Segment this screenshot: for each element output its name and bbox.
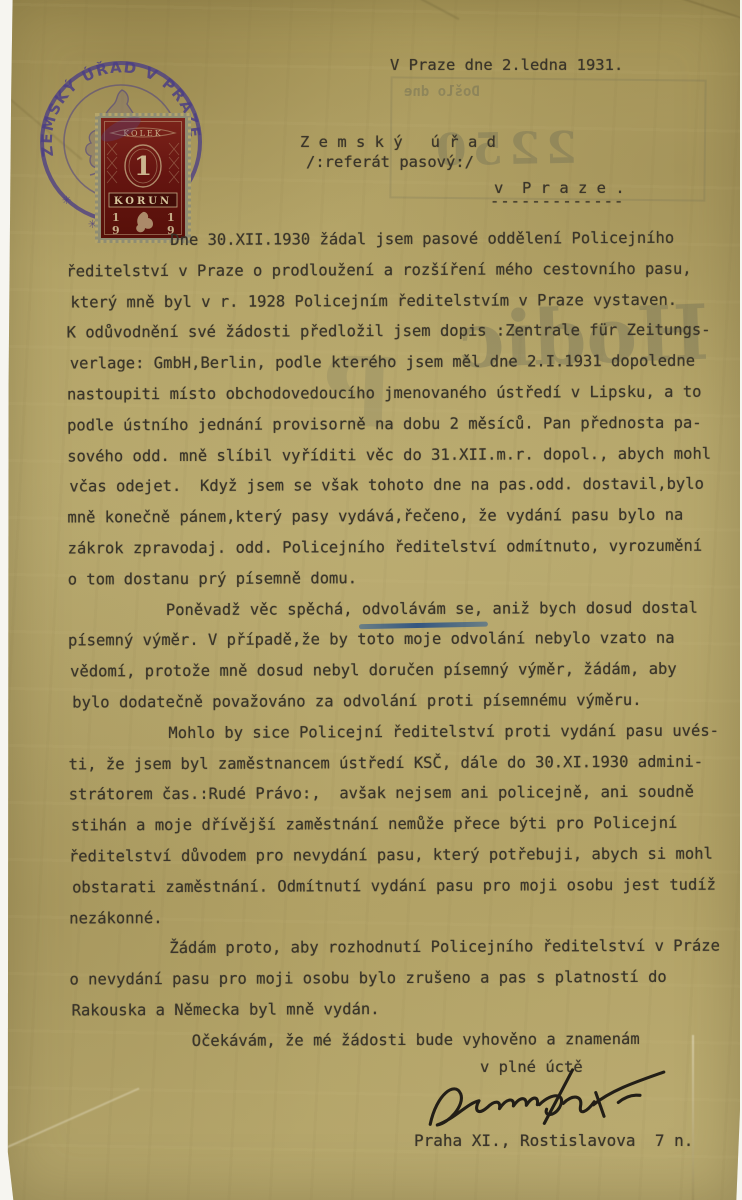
typed-line: o tom dostanu prý písemně domu. <box>68 561 736 595</box>
typed-line: Očekávám, že mé žádosti bude vyhověno a … <box>70 1023 738 1057</box>
crease-line <box>692 1035 694 1200</box>
typed-line: Mohlo by sice Policejní ředitelství prot… <box>68 715 736 749</box>
typed-line: Žádám proto, aby rozhodnutí Policejního … <box>69 931 737 965</box>
typed-line: verlage: GmbH,Berlin, podle kterého jsem… <box>67 346 735 380</box>
typed-line: sového odd. mně slíbil vyříditi věc do 3… <box>67 438 735 472</box>
typed-line: vědomí, protože mně dosud nebyl doručen … <box>68 654 736 688</box>
dateline: V Praze dne 2.ledna 1931. <box>390 56 623 74</box>
seal-star-icon: ✳ <box>62 190 71 208</box>
typed-line: stihán a moje dřívější zaměstnání nemůže… <box>69 808 737 842</box>
office-department: /:referát pasový:/ <box>306 153 474 171</box>
crease-line <box>353 0 460 20</box>
typed-line: mně konečně pánem,který pasy vydává,řeče… <box>67 500 735 534</box>
letter-body: Dne 30.XII.1930 žádal jsem pasové odděle… <box>66 223 738 1057</box>
crease-line <box>0 1088 139 1155</box>
typed-line: včas odejet. Když jsem se však tohoto dn… <box>67 469 735 503</box>
crease-line <box>571 0 742 28</box>
blue-underlined-text: odvolávám se, <box>362 593 483 624</box>
typed-line: nastoupiti místo obchodovedoucího jmenov… <box>67 377 735 411</box>
typed-text: aniž bych dosud dostal <box>483 598 698 617</box>
address-line: Praha XI., Rostislavova 7 n. <box>414 1131 693 1150</box>
stamp-year-digit: 1 <box>167 211 175 224</box>
typed-line: ředitelství důvodem pro nevydání pasu, k… <box>69 838 737 872</box>
typed-line: ředitelství v Praze o prodloužení a rozš… <box>66 253 734 287</box>
typed-line: který mně byl v r. 1928 Policejním ředit… <box>66 284 734 318</box>
typed-text: Poněvadž věc spěchá, <box>166 600 362 619</box>
document-page: Došlo dne 2250 Hodic P ZEMSKÝ ÚŘAD V PRA… <box>6 0 740 1200</box>
typed-line: Poněvadž věc spěchá, odvolávám se, aniž … <box>68 592 736 626</box>
stamp-value: 1 <box>134 152 152 182</box>
signature <box>421 1059 682 1136</box>
typed-line: obstarati zaměstnání. Odmítnutí vydání p… <box>69 869 737 903</box>
typed-line: bylo dodatečně považováno za odvolání pr… <box>68 684 736 718</box>
city-underline: ------------- <box>490 192 624 210</box>
typed-line: o nevydání pasu pro moji osobu bylo zruš… <box>69 962 737 996</box>
typed-line: Rakouska a Německa byl mně vydán. <box>70 992 738 1026</box>
stamp-year-digit: 1 <box>112 211 120 224</box>
ghost-received-label: Došlo dne <box>404 84 480 100</box>
typed-line: strátorem čas.:Rudé Právo:, avšak nejsem… <box>69 777 737 811</box>
stamp-currency: KORUN <box>114 196 172 207</box>
typed-line: K odůvodnění své žádosti předložil jsem … <box>67 315 735 349</box>
typed-line: Dne 30.XII.1930 žádal jsem pasové odděle… <box>66 223 734 257</box>
typed-line: ti, že jsem byl zaměstnancem ústředí KSČ… <box>68 746 736 780</box>
revenue-stamp: KOLEK 1 KORUN 1 9 1 9 <box>95 113 191 243</box>
typed-line: nezákonné. <box>69 900 737 934</box>
typed-line: podle ústního jednání provisorně na dobu… <box>67 407 735 441</box>
office-name: Z e m s k ý ú ř a d <box>300 133 496 151</box>
typed-line: zákrok zpravodaj. odd. Policejního ředit… <box>68 531 736 565</box>
